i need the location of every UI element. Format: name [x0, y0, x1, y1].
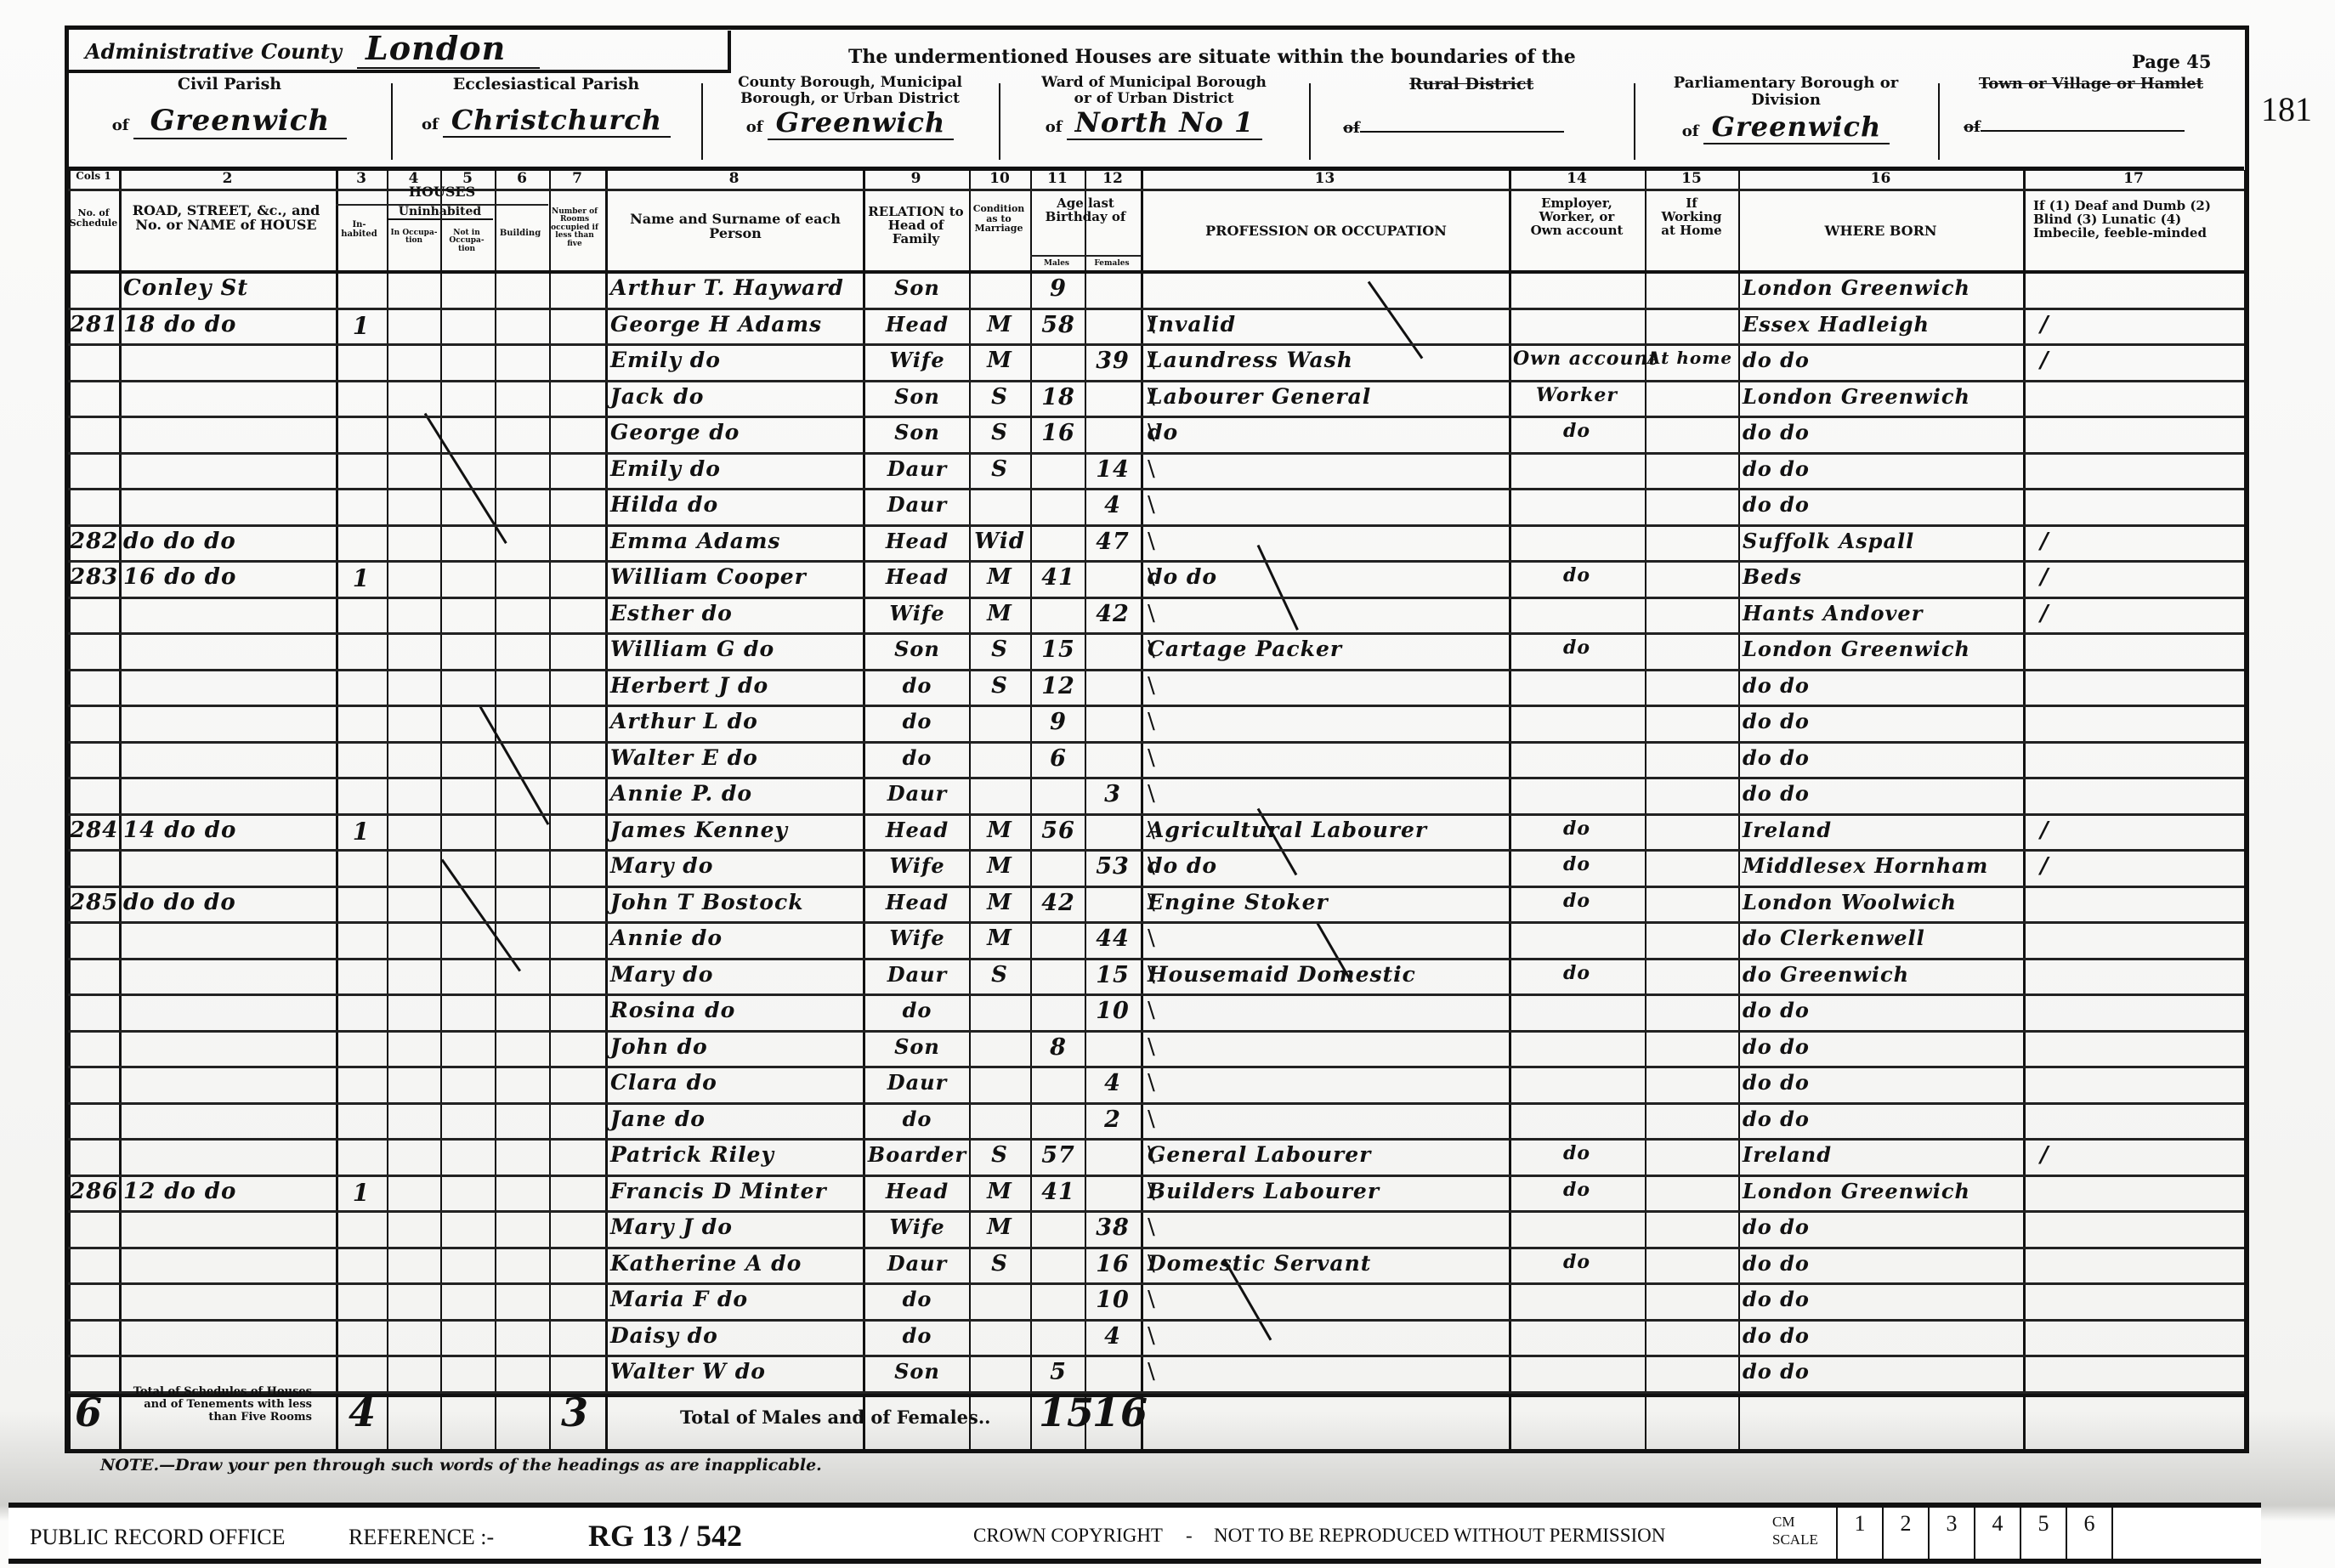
tally-tick-icon: \ — [1148, 890, 1155, 915]
male-age: 58 — [1034, 312, 1083, 338]
person-name: Hilda do — [610, 492, 861, 517]
schedule-number: 283 — [70, 564, 117, 590]
table-row: Mary doWifeM53do dodoMiddlesex Hornham/\ — [0, 852, 2335, 888]
infirmity-mark: / — [2040, 312, 2074, 337]
birthplace: do do — [1743, 745, 2023, 770]
employment-status: do — [1513, 1179, 1641, 1201]
col-building-header: Building — [495, 229, 546, 239]
tally-tick-icon: \ — [1148, 781, 1155, 807]
person-name: Jane do — [610, 1107, 861, 1131]
female-age: 2 — [1088, 1107, 1137, 1133]
birthplace: Ireland — [1743, 1142, 2023, 1167]
table-row: 28118 do do1George H AdamsHeadM58Invalid… — [0, 310, 2335, 347]
road-address: 12 do do — [123, 1179, 332, 1204]
marital-condition: M — [973, 564, 1026, 590]
tally-tick-icon: \ — [1148, 564, 1155, 590]
tally-tick-icon: \ — [1148, 420, 1155, 445]
person-name: William Cooper — [610, 564, 861, 589]
totals-persons-label: Total of Males and of Females.. — [680, 1407, 990, 1428]
employment-status: do — [1513, 818, 1641, 840]
marital-condition: M — [973, 601, 1026, 626]
copyright: CROWN COPYRIGHT — [973, 1525, 1163, 1547]
tally-tick-icon: \ — [1148, 456, 1155, 482]
road-address: 14 do do — [123, 818, 332, 843]
marital-condition: Wid — [973, 529, 1026, 554]
inhabited-count: 1 — [340, 312, 383, 340]
birthplace: Middlesex Hornham — [1743, 853, 2023, 878]
person-name: James Kenney — [610, 818, 861, 842]
relation-to-head: Head — [867, 529, 967, 553]
person-name: Clara do — [610, 1070, 861, 1095]
table-row: 28316 do do1William CooperHeadM41do dodo… — [0, 563, 2335, 599]
occupation: Domestic Servant — [1148, 1251, 1505, 1276]
tally-tick-icon: \ — [1148, 998, 1155, 1023]
tally-tick-icon: \ — [1148, 1142, 1155, 1168]
person-name: Jack do — [610, 384, 861, 409]
marital-condition: M — [973, 312, 1026, 337]
infirmity-mark: / — [2040, 1142, 2074, 1168]
table-row: Emily doWifeM39Laundress WashOwn account… — [0, 346, 2335, 382]
person-name: Mary do — [610, 962, 861, 987]
person-name: Francis D Minter — [610, 1179, 861, 1203]
female-age: 3 — [1088, 781, 1137, 807]
relation-to-head: Son — [867, 384, 967, 409]
col-relation-header: RELATION to Head of Family — [863, 206, 969, 246]
person-name: Katherine A do — [610, 1251, 861, 1276]
birthplace: Suffolk Aspall — [1743, 529, 2023, 553]
marital-condition: S — [973, 384, 1026, 410]
relation-to-head: Wife — [867, 601, 967, 626]
tally-tick-icon: \ — [1148, 601, 1155, 626]
inhabited-count: 1 — [340, 818, 383, 846]
marital-condition: M — [973, 926, 1026, 951]
male-age: 9 — [1034, 709, 1083, 735]
col-employer-header: Employer, Worker, or Own account — [1509, 197, 1645, 237]
relation-to-head: do — [867, 745, 967, 770]
schedule-number: 282 — [70, 529, 117, 554]
female-age: 39 — [1088, 348, 1137, 374]
relation-to-head: Daur — [867, 1251, 967, 1276]
infirmity-mark: / — [2040, 529, 2074, 554]
col-houses-header: HOUSES — [336, 185, 548, 200]
tally-tick-icon: \ — [1148, 926, 1155, 951]
relation-to-head: Daur — [867, 962, 967, 987]
person-name: Arthur L do — [610, 709, 861, 733]
col-condition-header: Condition as to Marriage — [969, 204, 1029, 234]
relation-to-head: Daur — [867, 781, 967, 806]
female-age: 44 — [1088, 926, 1137, 952]
female-age: 4 — [1088, 1323, 1137, 1350]
tally-tick-icon: \ — [1148, 637, 1155, 662]
table-row: Esther doWifeM42Hants Andover/\ — [0, 599, 2335, 636]
tally-tick-icon: \ — [1148, 492, 1155, 518]
marital-condition: M — [973, 1179, 1026, 1204]
person-name: Arthur T. Hayward — [610, 275, 861, 300]
relation-to-head: do — [867, 673, 967, 698]
employment-status: Own account — [1513, 348, 1641, 370]
tally-tick-icon: \ — [1148, 745, 1155, 771]
tally-tick-icon: \ — [1148, 312, 1155, 337]
table-row: Arthur L dodo9do do\ — [0, 707, 2335, 744]
road-address: do do do — [123, 890, 332, 915]
person-name: Annie P. do — [610, 781, 861, 806]
tally-tick-icon: \ — [1148, 529, 1155, 554]
female-age: 47 — [1088, 529, 1137, 555]
male-age: 8 — [1034, 1034, 1083, 1061]
person-name: Rosina do — [610, 998, 861, 1022]
relation-to-head: Daur — [867, 492, 967, 517]
scale-mark: 4 — [1974, 1508, 2020, 1559]
relation-to-head: Son — [867, 1359, 967, 1384]
marital-condition: M — [973, 1214, 1026, 1240]
relation-to-head: Head — [867, 890, 967, 914]
tally-tick-icon: \ — [1148, 1107, 1155, 1132]
birthplace: do do — [1743, 1214, 2023, 1239]
col-at-home-header: If Working at Home — [1645, 197, 1738, 237]
occupation: do do — [1148, 853, 1505, 878]
reference-label: REFERENCE :- — [349, 1525, 494, 1550]
table-row: 285do do doJohn T BostockHeadM42Engine S… — [0, 888, 2335, 925]
birthplace: do do — [1743, 456, 2023, 481]
female-age: 4 — [1088, 492, 1137, 518]
person-name: John do — [610, 1034, 861, 1059]
table-row: Herbert J dodoS12do do\ — [0, 671, 2335, 708]
total-rooms: 3 — [561, 1390, 589, 1435]
col-females-header: Females — [1085, 260, 1139, 268]
occupation: Invalid — [1148, 312, 1505, 337]
col-schedule-header: No. of Schedule — [68, 208, 119, 228]
person-name: Walter W do — [610, 1359, 861, 1384]
inhabited-count: 1 — [340, 564, 383, 592]
person-name: Emma Adams — [610, 529, 861, 553]
tally-tick-icon: \ — [1148, 1251, 1155, 1276]
female-age: 15 — [1088, 962, 1137, 988]
col-inhabited-header: In-habited — [336, 221, 383, 239]
marital-condition: M — [973, 890, 1026, 915]
birthplace: Ireland — [1743, 818, 2023, 842]
employment-status: do — [1513, 420, 1641, 442]
col-occupation-header: PROFESSION OR OCCUPATION — [1143, 224, 1509, 239]
infirmity-mark: / — [2040, 853, 2074, 879]
male-age: 6 — [1034, 745, 1083, 772]
tally-tick-icon: \ — [1148, 709, 1155, 734]
relation-to-head: Daur — [867, 456, 967, 481]
birthplace: Essex Hadleigh — [1743, 312, 2023, 337]
total-schedules: 6 — [75, 1390, 103, 1435]
birthplace: do do — [1743, 492, 2023, 517]
total-females: 16 — [1092, 1390, 1148, 1435]
scale-mark: 6 — [2066, 1508, 2111, 1559]
birthplace: London Greenwich — [1743, 275, 2023, 300]
occupation: Cartage Packer — [1148, 637, 1505, 661]
col-uninhabited-header: Uninhabited — [387, 206, 493, 220]
person-name: Patrick Riley — [610, 1142, 861, 1167]
relation-to-head: Son — [867, 275, 967, 300]
infirmity-mark: / — [2040, 348, 2074, 373]
person-name: Emily do — [610, 348, 861, 372]
tally-tick-icon: \ — [1148, 1034, 1155, 1060]
employment-status: do — [1513, 962, 1641, 984]
birthplace: do do — [1743, 1359, 2023, 1384]
tally-tick-icon: \ — [1148, 384, 1155, 410]
working-at-home: At home — [1647, 348, 1737, 368]
marital-condition: M — [973, 348, 1026, 373]
col-where-born-header: WHERE BORN — [1738, 224, 2023, 239]
tally-tick-icon: \ — [1148, 853, 1155, 879]
birthplace: do Clerkenwell — [1743, 926, 2023, 950]
scale-mark: 3 — [1928, 1508, 1974, 1559]
male-age: 12 — [1034, 673, 1083, 699]
total-inhabited: 4 — [349, 1390, 377, 1435]
table-row: John doSon8do do\ — [0, 1033, 2335, 1069]
birthplace: do do — [1743, 1287, 2023, 1311]
occupation: Housemaid Domestic — [1148, 962, 1505, 987]
table-row: Walter E dodo6do do\ — [0, 744, 2335, 780]
relation-to-head: do — [867, 709, 967, 733]
marital-condition: M — [973, 853, 1026, 879]
person-name: Herbert J do — [610, 673, 861, 698]
relation-to-head: Head — [867, 564, 967, 589]
copyright-separator: - — [1186, 1525, 1193, 1547]
birthplace: do do — [1743, 1070, 2023, 1095]
marital-condition: S — [973, 420, 1026, 445]
relation-to-head: Daur — [867, 1070, 967, 1095]
marital-condition: S — [973, 1142, 1026, 1168]
schedule-number: 286 — [70, 1179, 117, 1204]
table-row: Clara doDaur4do do\ — [0, 1068, 2335, 1105]
female-age: 38 — [1088, 1214, 1137, 1241]
birthplace: London Greenwich — [1743, 384, 2023, 409]
table-row: Hilda doDaur4do do\ — [0, 490, 2335, 527]
col-rooms-header: Number of Rooms occupied if less than fi… — [549, 208, 600, 248]
relation-to-head: Wife — [867, 926, 967, 950]
marital-condition: S — [973, 456, 1026, 482]
relation-to-head: do — [867, 1287, 967, 1311]
birthplace: Beds — [1743, 564, 2023, 589]
table-row: Mary doDaurS15Housemaid Domesticdodo Gre… — [0, 960, 2335, 997]
relation-to-head: Son — [867, 420, 967, 444]
marital-condition: S — [973, 637, 1026, 662]
schedule-number: 281 — [70, 312, 117, 337]
relation-to-head: Head — [867, 312, 967, 337]
marital-condition: S — [973, 1251, 1026, 1276]
female-age: 10 — [1088, 998, 1137, 1024]
schedule-number: 284 — [70, 818, 117, 843]
relation-to-head: Boarder — [867, 1142, 967, 1167]
table-row: Mary J doWifeM38do do\ — [0, 1213, 2335, 1249]
tally-tick-icon: \ — [1148, 1287, 1155, 1312]
birthplace: do do — [1743, 1323, 2023, 1348]
relation-to-head: do — [867, 1323, 967, 1348]
birthplace: do do — [1743, 1034, 2023, 1059]
infirmity-mark: / — [2040, 818, 2074, 843]
scale-mark: 2 — [1882, 1508, 1928, 1559]
person-name: Emily do — [610, 456, 861, 481]
tally-tick-icon: \ — [1148, 1214, 1155, 1240]
tally-tick-icon: \ — [1148, 818, 1155, 843]
tally-tick-icon: \ — [1148, 1179, 1155, 1204]
birthplace: London Greenwich — [1743, 1179, 2023, 1203]
census-page: Administrative County London The underme… — [0, 0, 2335, 1568]
road-address: do do do — [123, 529, 332, 554]
relation-to-head: Wife — [867, 853, 967, 878]
schedule-number: 285 — [70, 890, 117, 915]
cm-scale-label: CM SCALE — [1772, 1513, 1815, 1549]
road-address: 16 do do — [123, 564, 332, 590]
table-row: 28414 do do1James KenneyHeadM56Agricultu… — [0, 816, 2335, 852]
relation-to-head: Head — [867, 1179, 967, 1203]
male-age: 15 — [1034, 637, 1083, 663]
marital-condition: S — [973, 962, 1026, 988]
col-age-header: Age last Birthday of — [1030, 197, 1141, 224]
person-name: Walter E do — [610, 745, 861, 770]
relation-to-head: Son — [867, 1034, 967, 1059]
person-name: George H Adams — [610, 312, 861, 337]
male-age: 41 — [1034, 1179, 1083, 1205]
table-row: Maria F dodo10do do\ — [0, 1285, 2335, 1322]
female-age: 53 — [1088, 853, 1137, 880]
road-address: 18 do do — [123, 312, 332, 337]
person-name: Mary J do — [610, 1214, 861, 1239]
tally-tick-icon: \ — [1148, 962, 1155, 988]
infirmity-mark: / — [2040, 564, 2074, 590]
table-row: Annie P. doDaur3do do\ — [0, 779, 2335, 816]
female-age: 42 — [1088, 601, 1137, 627]
total-males: 15 — [1039, 1390, 1095, 1435]
scale-mark: 1 — [1836, 1508, 1882, 1559]
employment-status: do — [1513, 637, 1641, 659]
tally-tick-icon: \ — [1148, 1070, 1155, 1095]
person-name: William G do — [610, 637, 861, 661]
relation-to-head: do — [867, 1107, 967, 1131]
relation-to-head: do — [867, 998, 967, 1022]
permission-notice: NOT TO BE REPRODUCED WITHOUT PERMISSION — [1214, 1525, 1665, 1547]
person-name: Mary do — [610, 853, 861, 878]
relation-to-head: Wife — [867, 1214, 967, 1239]
male-age: 18 — [1034, 384, 1083, 410]
table-row: Katherine A doDaurS16Domestic Servantdod… — [0, 1249, 2335, 1286]
male-age: 56 — [1034, 818, 1083, 844]
birthplace: do do — [1743, 709, 2023, 733]
table-row: 282do do doEmma AdamsHeadWid47Suffolk As… — [0, 527, 2335, 563]
birthplace: do do — [1743, 348, 2023, 372]
relation-to-head: Son — [867, 637, 967, 661]
birthplace: London Greenwich — [1743, 637, 2023, 661]
relation-to-head: Wife — [867, 348, 967, 372]
employment-status: do — [1513, 564, 1641, 586]
person-name: George do — [610, 420, 861, 444]
table-row: Rosina dodo10do do\ — [0, 996, 2335, 1033]
inhabited-count: 1 — [340, 1179, 383, 1207]
birthplace: do Greenwich — [1743, 962, 2023, 987]
tally-tick-icon: \ — [1148, 348, 1155, 373]
employment-status: do — [1513, 1142, 1641, 1164]
tally-tick-icon: \ — [1148, 673, 1155, 699]
birthplace: do do — [1743, 1107, 2023, 1131]
note-text: NOTE.—Draw your pen through such words o… — [100, 1456, 822, 1475]
infirmity-mark: / — [2040, 601, 2074, 626]
table-row: Conley StArthur T. HaywardSon9London Gre… — [0, 274, 2335, 310]
occupation: Agricultural Labourer — [1148, 818, 1505, 842]
col-road-header: ROAD, STREET, &c., and No. or NAME of HO… — [119, 204, 333, 233]
occupation: do do — [1148, 564, 1505, 589]
table-row: Daisy dodo4do do\ — [0, 1322, 2335, 1358]
col-in-occupation-header: In Occupa-tion — [389, 229, 439, 246]
employment-status: Worker — [1513, 384, 1641, 406]
table-row: Jane dodo2do do\ — [0, 1105, 2335, 1141]
relation-to-head: Head — [867, 818, 967, 842]
birthplace: do do — [1743, 1251, 2023, 1276]
footer-bar: PUBLIC RECORD OFFICE REFERENCE :- RG 13 … — [9, 1503, 2261, 1564]
male-age: 16 — [1034, 420, 1083, 446]
male-age: 42 — [1034, 890, 1083, 916]
person-name: Annie do — [610, 926, 861, 950]
occupation: Engine Stoker — [1148, 890, 1505, 914]
table-row: Patrick RileyBoarderS57General Labourerd… — [0, 1141, 2335, 1177]
employment-status: do — [1513, 853, 1641, 875]
birthplace: do do — [1743, 673, 2023, 698]
birthplace: do do — [1743, 998, 2023, 1022]
male-age: 57 — [1034, 1142, 1083, 1169]
birthplace: London Woolwich — [1743, 890, 2023, 914]
table-row: Annie doWifeM44do Clerkenwell\ — [0, 924, 2335, 960]
scale-mark: 5 — [2020, 1508, 2066, 1559]
employment-status: do — [1513, 1251, 1641, 1273]
birthplace: Hants Andover — [1743, 601, 2023, 626]
column-headers: No. of Schedule ROAD, STREET, &c., and N… — [0, 170, 2335, 272]
reference-value: RG 13 / 542 — [588, 1518, 742, 1554]
occupation: do — [1148, 420, 1505, 444]
road-address: Conley St — [123, 275, 332, 301]
scale-end — [2111, 1508, 2196, 1559]
female-age: 14 — [1088, 456, 1137, 483]
totals-label: Total of Schedules of Houses and of Tene… — [121, 1386, 312, 1424]
male-age: 9 — [1034, 275, 1083, 302]
male-age: 41 — [1034, 564, 1083, 591]
person-name: Daisy do — [610, 1323, 861, 1348]
col-infirmity-header: If (1) Deaf and Dumb (2) Blind (3) Lunat… — [2033, 200, 2237, 240]
table-row: Jack doSonS18Labourer GeneralWorkerLondo… — [0, 382, 2335, 419]
occupation: Laundress Wash — [1148, 348, 1505, 372]
table-row: George doSonS16dododo do\ — [0, 418, 2335, 455]
totals-row: 6 Total of Schedules of Houses and of Te… — [0, 1381, 2335, 1451]
table-row: William G doSonS15Cartage PackerdoLondon… — [0, 635, 2335, 671]
marital-condition: S — [973, 673, 1026, 699]
birthplace: do do — [1743, 420, 2023, 444]
female-age: 10 — [1088, 1287, 1137, 1313]
occupation: Labourer General — [1148, 384, 1505, 409]
employment-status: do — [1513, 890, 1641, 912]
female-age: 4 — [1088, 1070, 1137, 1096]
tally-tick-icon: \ — [1148, 1323, 1155, 1349]
record-office: PUBLIC RECORD OFFICE — [30, 1525, 286, 1550]
occupation: Builders Labourer — [1148, 1179, 1505, 1203]
table-row: Emily doDaurS14do do\ — [0, 455, 2335, 491]
person-name: Maria F do — [610, 1287, 861, 1311]
col-not-in-occupation-header: Not in Occupa-tion — [442, 229, 491, 253]
table-row: 28612 do do1Francis D MinterHeadM41Build… — [0, 1177, 2335, 1214]
marital-condition: M — [973, 818, 1026, 843]
col-name-header: Name and Surname of each Person — [612, 212, 859, 241]
birthplace: do do — [1743, 781, 2023, 806]
female-age: 16 — [1088, 1251, 1137, 1277]
person-name: Esther do — [610, 601, 861, 626]
occupation: General Labourer — [1148, 1142, 1505, 1167]
person-name: John T Bostock — [610, 890, 861, 914]
col-males-header: Males — [1030, 260, 1083, 268]
